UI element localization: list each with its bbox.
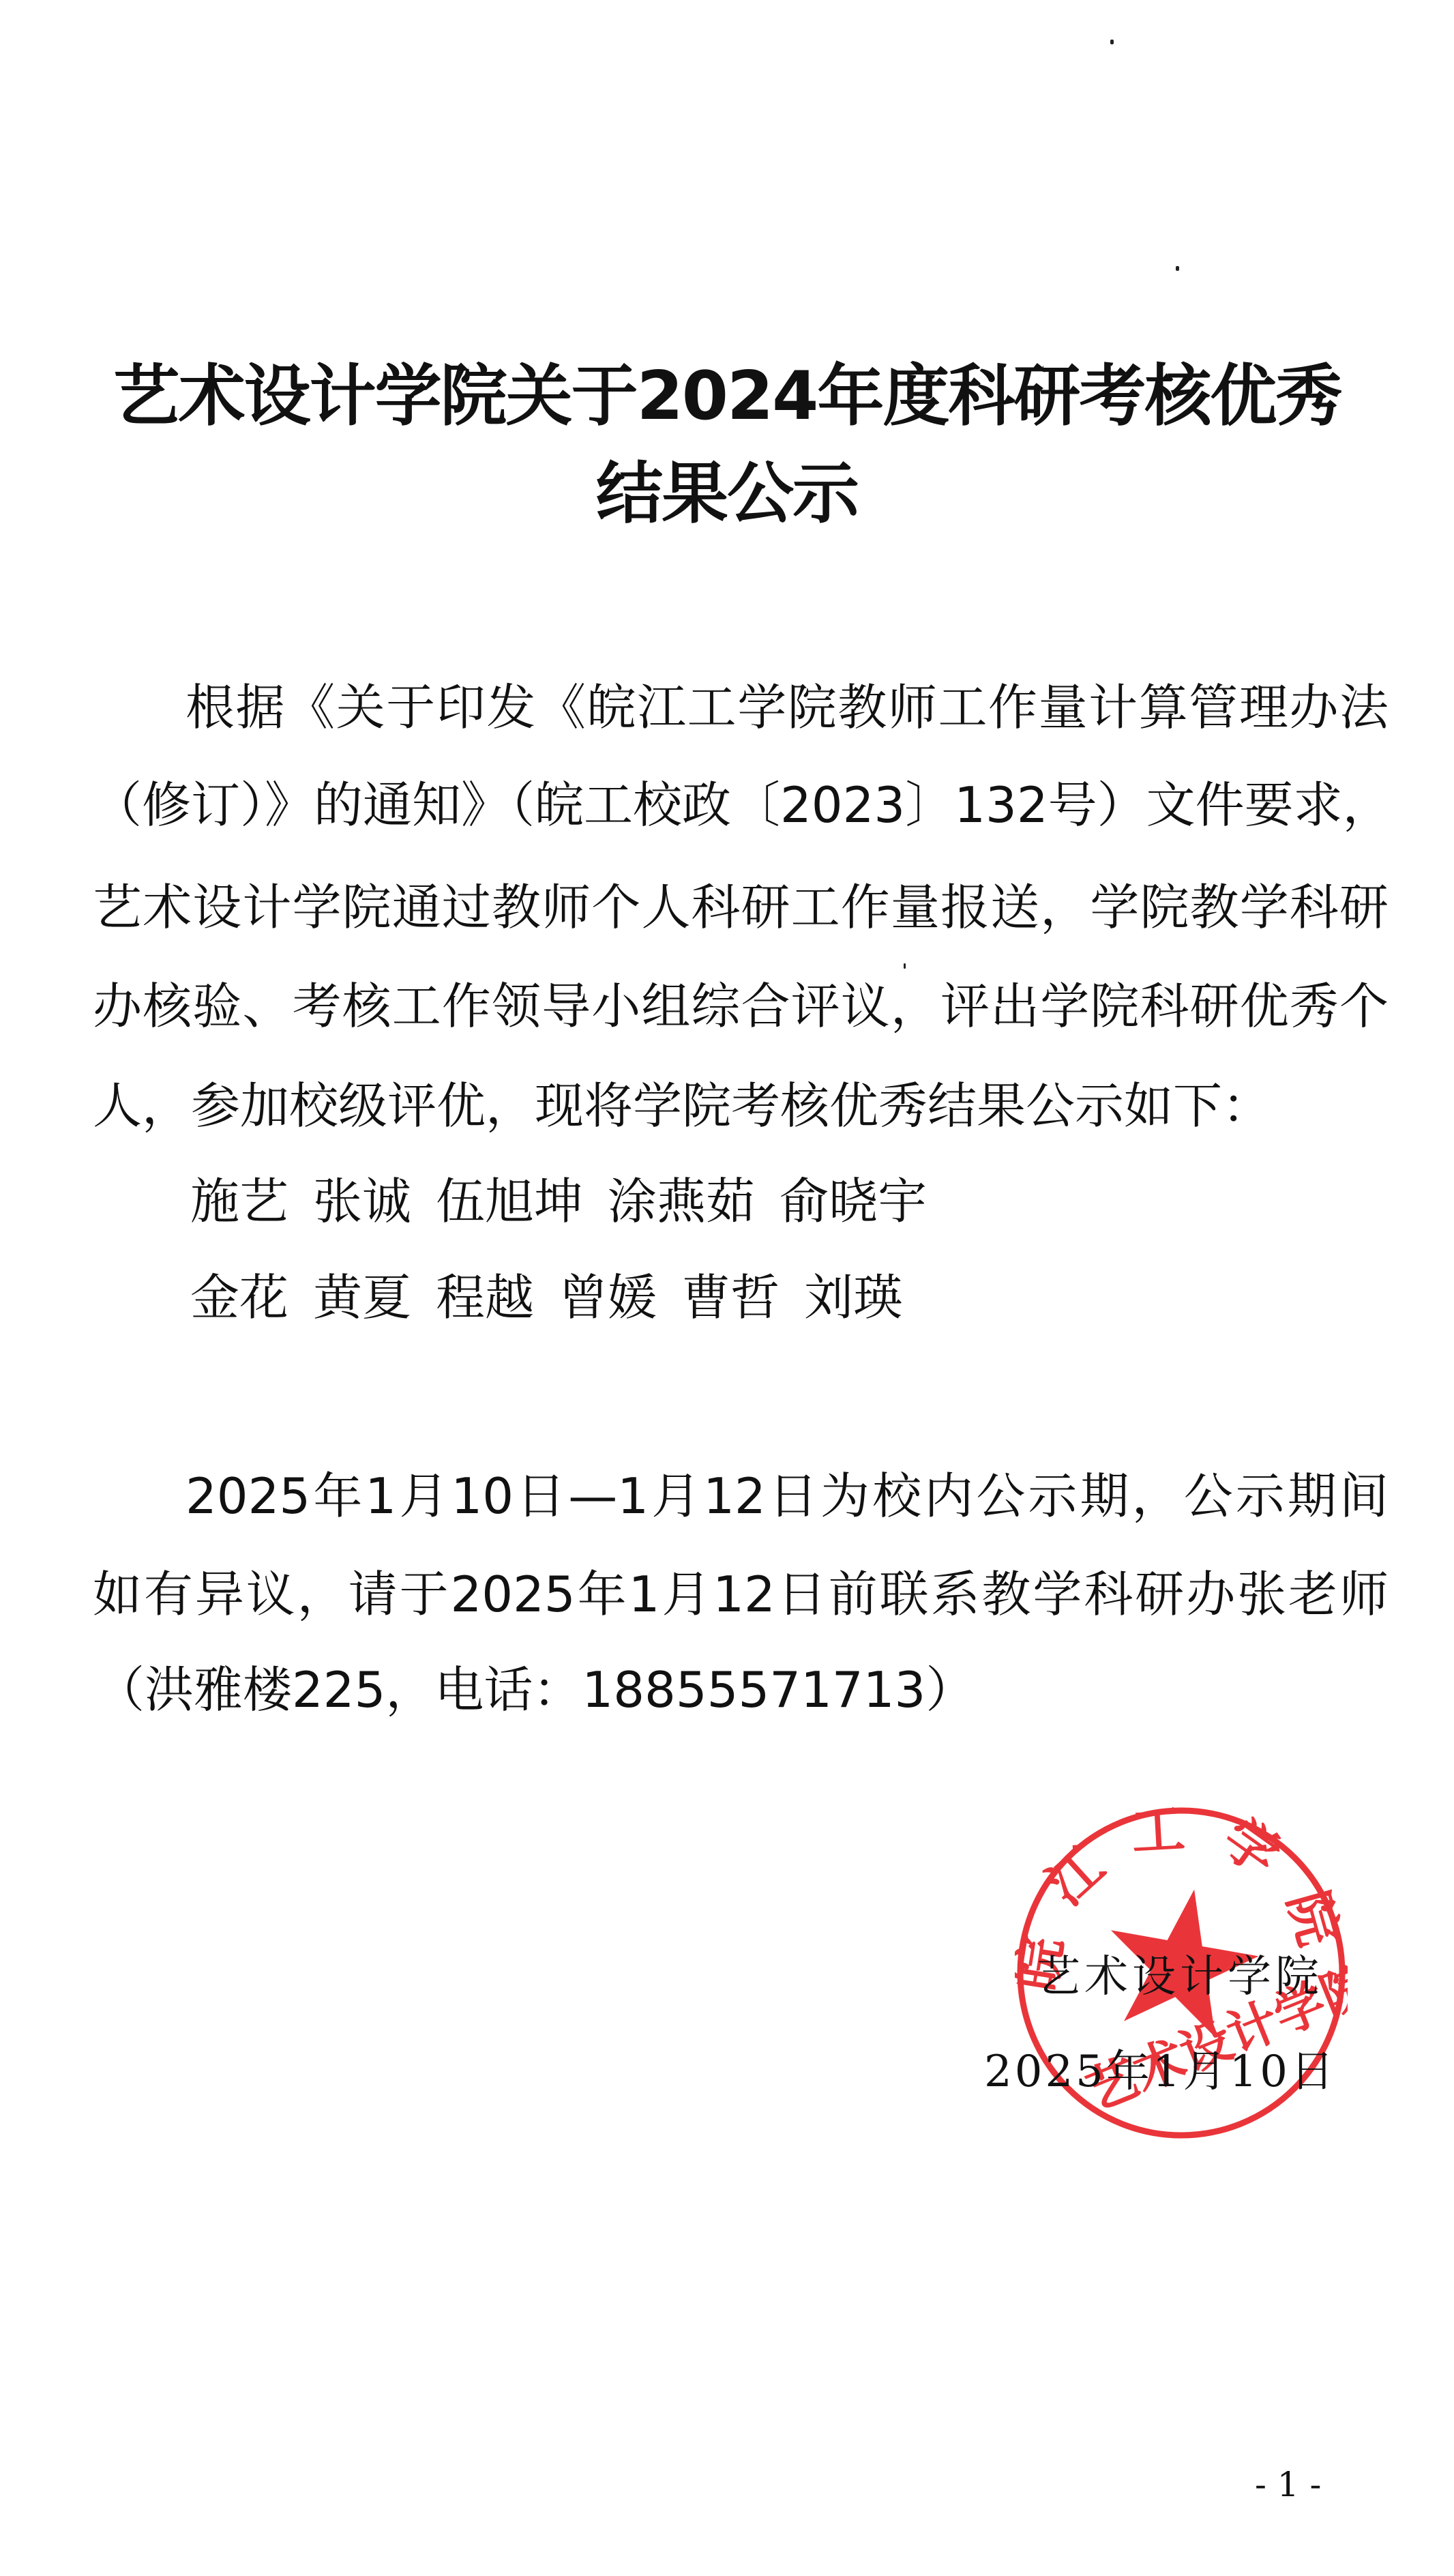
scan-speck [1176,266,1179,271]
name-item: 刘瑛 [804,1269,902,1326]
name-item: 黄夏 [313,1269,411,1326]
paragraph-line: （洪雅楼225，电话：18855571713） [95,1659,1391,1721]
paragraph-line: 人，参加校级评优，现将学院考核优秀结果公示如下： [93,1075,1389,1137]
signature-org: 艺术设计学院 [1037,1950,1323,2004]
name-item: 施艺 [190,1173,288,1230]
name-item: 金花 [190,1269,288,1326]
name-item: 曾媛 [559,1269,657,1326]
document-page: 艺术设计学院关于2024年度科研考核优秀 结果公示 根据《关于印发《皖江工学院教… [0,0,1454,2576]
page-number: - 1 - [1255,2464,1391,2505]
scan-speck [1110,40,1114,44]
names-row-1: 施艺张诚伍旭坤涂燕茹俞晓宇 [190,1171,951,1232]
name-item: 曹哲 [681,1269,780,1326]
paragraph-line: （修订）》的通知》（皖工校政〔2023〕132号）文件要求， [93,774,1389,836]
paragraph-line: 根据《关于印发《皖江工学院教师工作量计算管理办法 [186,677,1389,738]
scan-speck [904,963,906,969]
signature-date: 2025年1月10日 [984,2045,1337,2099]
name-item: 俞晓宇 [780,1173,927,1230]
document-title-line-1: 艺术设计学院关于2024年度科研考核优秀 [0,355,1454,437]
paragraph-line: 2025年1月10日—1月12日为校内公示期，公示期间 [186,1465,1389,1527]
name-item: 张诚 [313,1173,411,1230]
name-item: 伍旭坤 [436,1173,583,1230]
name-item: 程越 [436,1269,534,1326]
paragraph-line: 艺术设计学院通过教师个人科研工作量报送，学院教学科研 [93,877,1389,938]
document-title-line-2: 结果公示 [0,453,1454,535]
paragraph-line: 如有异议，请于2025年1月12日前联系教学科研办张老师 [93,1564,1389,1625]
names-row-2: 金花黄夏程越曾媛曹哲刘瑛 [190,1267,927,1328]
paragraph-line: 办核验、考核工作领导小组综合评议，评出学院科研优秀个 [93,976,1389,1037]
name-item: 涂燕茹 [608,1173,755,1230]
